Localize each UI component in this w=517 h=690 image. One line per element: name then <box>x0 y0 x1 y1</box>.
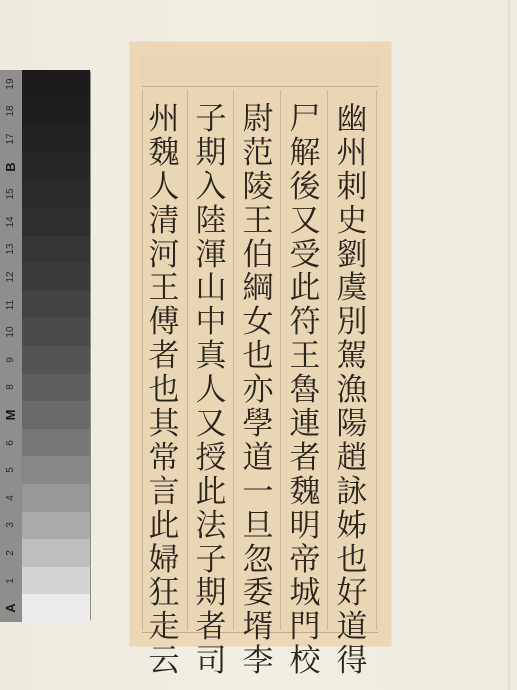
calligraphy-character: 尉 <box>243 102 274 136</box>
calligraphy-character: 詠 <box>337 475 368 509</box>
calligraphy-character: 校 <box>290 644 321 678</box>
patch-label: 11 <box>4 296 18 314</box>
gray-patch <box>22 401 90 429</box>
gray-patch <box>22 512 90 540</box>
calligraphy-character: 其 <box>149 407 180 441</box>
calligraphy-character: 言 <box>149 475 180 509</box>
calligraphy-character: 女 <box>243 305 274 339</box>
calligraphy-character: 幽 <box>337 102 368 136</box>
calligraphy-character: 壻 <box>243 610 274 644</box>
patch-label: 6 <box>4 434 18 452</box>
gray-patch <box>22 429 90 457</box>
patch-label: 8 <box>4 378 18 396</box>
patch-label: A <box>4 599 18 617</box>
calligraphy-character: 陵 <box>243 170 274 204</box>
gray-patch <box>22 374 90 402</box>
calligraphy-character: 者 <box>290 441 321 475</box>
calligraphy-character: 帝 <box>290 543 321 577</box>
calligraphy-character: 司 <box>196 644 227 678</box>
calligraphy-character: 人 <box>196 373 227 407</box>
patch-label: 13 <box>4 240 18 258</box>
calligraphy-character: 清 <box>149 204 180 238</box>
calligraphy-character: 亦 <box>243 373 274 407</box>
patch-label: 18 <box>4 102 18 120</box>
calligraphy-character: 劉 <box>337 238 368 272</box>
patch-label: 1 <box>4 572 18 590</box>
calligraphy-character: 入 <box>196 170 227 204</box>
calligraphy-character: 王 <box>243 204 274 238</box>
calligraphy-character: 又 <box>196 407 227 441</box>
calligraphy-character: 受 <box>290 238 321 272</box>
color-calibration-card: 191817B15141312111098M654321A <box>0 70 91 622</box>
text-column-2: 尸解後又受此符王魯連者魏明帝城門校 <box>283 102 327 678</box>
calligraphy-character: 范 <box>243 136 274 170</box>
text-column-5: 州魏人清河王傅者也其常言此婦狂走云 <box>142 102 186 678</box>
calligraphy-character: 王 <box>290 339 321 373</box>
calligraphy-character: 此 <box>290 271 321 305</box>
gray-patch <box>22 98 90 126</box>
calligraphy-character: 常 <box>149 441 180 475</box>
gray-patch <box>22 484 90 512</box>
calligraphy-character: 此 <box>196 475 227 509</box>
gray-patch <box>22 263 90 291</box>
patch-label: 17 <box>4 130 18 148</box>
patch-label: 5 <box>4 461 18 479</box>
calligraphy-character: 尸 <box>290 102 321 136</box>
calligraphy-character: 道 <box>243 441 274 475</box>
gray-patch <box>22 125 90 153</box>
gray-patch <box>22 291 90 319</box>
calligraphy-character: 駕 <box>337 339 368 373</box>
gray-patch <box>22 318 90 346</box>
calligraphy-character: 人 <box>149 170 180 204</box>
gray-patch <box>22 180 90 208</box>
calligraphy-character: 道 <box>337 610 368 644</box>
calligraphy-character: 史 <box>337 204 368 238</box>
calligraphy-character: 者 <box>196 610 227 644</box>
calligraphy-character: 王 <box>149 271 180 305</box>
calligraphy-character: 門 <box>290 610 321 644</box>
calligraphy-character: 綱 <box>243 271 274 305</box>
gray-patch <box>22 70 90 98</box>
calligraphy-character: 魏 <box>290 475 321 509</box>
gray-patch <box>22 456 90 484</box>
patch-label: B <box>4 158 18 176</box>
calligraphy-character: 期 <box>196 136 227 170</box>
calligraphy-character: 也 <box>149 373 180 407</box>
gray-patch <box>22 153 90 181</box>
calligraphy-character: 走 <box>149 610 180 644</box>
column-rule <box>327 90 328 630</box>
calligraphy-character: 姊 <box>337 509 368 543</box>
patch-label: 10 <box>4 323 18 341</box>
calligraphy-character: 子 <box>196 102 227 136</box>
calligraphy-character: 好 <box>337 576 368 610</box>
gray-patch <box>22 346 90 374</box>
patch-label: 9 <box>4 351 18 369</box>
calligraphy-character: 學 <box>243 407 274 441</box>
gray-patch <box>22 567 90 595</box>
column-rule <box>233 90 234 630</box>
calligraphy-character: 別 <box>337 305 368 339</box>
patch-label: 12 <box>4 268 18 286</box>
manuscript-sheet: 幽州刺史劉虞別駕漁陽趙詠姊也好道得 尸解後又受此符王魯連者魏明帝城門校 尉范陵王… <box>130 42 391 646</box>
calligraphy-character: 伯 <box>243 238 274 272</box>
calligraphy-character: 狂 <box>149 576 180 610</box>
card-label-strip <box>0 70 22 622</box>
calligraphy-character: 婦 <box>149 543 180 577</box>
text-column-1: 幽州刺史劉虞別駕漁陽趙詠姊也好道得 <box>330 102 374 678</box>
calligraphy-character: 委 <box>243 576 274 610</box>
calligraphy-character: 一 <box>243 475 274 509</box>
calligraphy-character: 忽 <box>243 543 274 577</box>
calligraphy-character: 渾 <box>196 238 227 272</box>
calligraphy-character: 子 <box>196 543 227 577</box>
calligraphy-character: 符 <box>290 305 321 339</box>
calligraphy-character: 明 <box>290 509 321 543</box>
calligraphy-character: 解 <box>290 136 321 170</box>
calligraphy-character: 真 <box>196 339 227 373</box>
patch-label: M <box>4 406 18 424</box>
calligraphy-character: 漁 <box>337 373 368 407</box>
patch-label: 3 <box>4 516 18 534</box>
mount-fold-line <box>508 0 510 690</box>
calligraphy-character: 連 <box>290 407 321 441</box>
calligraphy-character: 此 <box>149 509 180 543</box>
patch-label: 4 <box>4 489 18 507</box>
calligraphy-character: 法 <box>196 509 227 543</box>
calligraphy-character: 中 <box>196 305 227 339</box>
patch-label: 15 <box>4 185 18 203</box>
top-border-rule <box>142 86 378 87</box>
calligraphy-character: 授 <box>196 441 227 475</box>
calligraphy-character: 河 <box>149 238 180 272</box>
gray-patch <box>22 236 90 264</box>
calligraphy-character: 陸 <box>196 204 227 238</box>
calligraphy-character: 得 <box>337 644 368 678</box>
calligraphy-character: 李 <box>243 644 274 678</box>
calligraphy-character: 傅 <box>149 305 180 339</box>
calligraphy-character: 趙 <box>337 441 368 475</box>
calligraphy-character: 魯 <box>290 373 321 407</box>
calligraphy-character: 魏 <box>149 136 180 170</box>
calligraphy-character: 刺 <box>337 170 368 204</box>
calligraphy-character: 期 <box>196 576 227 610</box>
column-rule <box>187 90 188 630</box>
gray-patch <box>22 594 90 622</box>
calligraphy-character: 州 <box>149 102 180 136</box>
calligraphy-character: 又 <box>290 204 321 238</box>
calligraphy-character: 後 <box>290 170 321 204</box>
column-rule <box>280 90 281 630</box>
gray-patch <box>22 539 90 567</box>
patch-label: 19 <box>4 75 18 93</box>
text-column-4: 子期入陸渾山中真人又授此法子期者司 <box>189 102 233 678</box>
calligraphy-character: 州 <box>337 136 368 170</box>
calligraphy-character: 也 <box>337 543 368 577</box>
calligraphy-character: 山 <box>196 271 227 305</box>
calligraphy-character: 虞 <box>337 271 368 305</box>
calligraphy-character: 城 <box>290 576 321 610</box>
calligraphy-character: 陽 <box>337 407 368 441</box>
patch-label: 2 <box>4 544 18 562</box>
calligraphy-character: 也 <box>243 339 274 373</box>
patch-label: 14 <box>4 213 18 231</box>
calligraphy-character: 云 <box>149 644 180 678</box>
gray-patch <box>22 208 90 236</box>
text-column-3: 尉范陵王伯綱女也亦學道一旦忽委壻李 <box>236 102 280 678</box>
calligraphy-character: 者 <box>149 339 180 373</box>
calligraphy-character: 旦 <box>243 509 274 543</box>
column-rule <box>376 90 377 630</box>
